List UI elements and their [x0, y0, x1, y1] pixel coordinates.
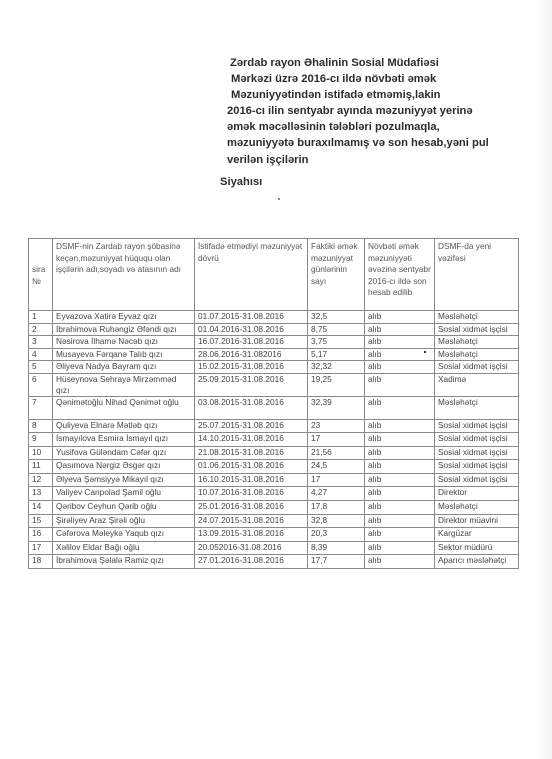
cell-status: alıb: [365, 555, 435, 569]
cell-status: alıb: [365, 419, 435, 433]
cell-name: Nəsirova İlhamə Nəcəb qızı: [53, 336, 195, 349]
cell-days: 19,25: [308, 373, 365, 396]
cell-period: 25.09.2015-31.08.2016: [195, 373, 308, 396]
cell-days: 32,39: [308, 396, 365, 419]
header-days: Faktiki əmək məzuniyyat günlərinin sayı: [308, 239, 365, 311]
cell-days: 32,32: [308, 361, 365, 374]
cell-name: Musayeva Fərqanə Talıb qızı: [53, 348, 195, 361]
cell-status: alıb: [365, 473, 435, 487]
cell-number: 18: [29, 555, 53, 569]
header-number: sira №: [29, 239, 53, 311]
cell-name: Quliyeva Elnarə Mətləb qızı: [53, 419, 195, 433]
cell-days: 8,75: [308, 323, 365, 336]
cell-period: 27.01.2016-31.08.2016: [195, 555, 308, 569]
cell-period: 25.07.2015-31.08.2016: [195, 419, 308, 433]
cell-days: 32,5: [308, 311, 365, 324]
table-row: 6Hüseynova Sehrayə Mirzəmməd qızı25.09.2…: [29, 373, 519, 396]
cell-status: alıb: [365, 323, 435, 336]
cell-status: alıb: [365, 501, 435, 515]
title-line: Zərdab rayon Əhalinin Sosial Müdafiəsi: [227, 55, 527, 71]
cell-name: Valiyev Canpolad Şamil oğlu: [53, 487, 195, 501]
cell-status: alıb: [365, 361, 435, 374]
cell-status: alıb: [365, 446, 435, 460]
table-row: 7Qənimətoğlu Nihad Qənimət oğlu03.08.201…: [29, 396, 519, 419]
cell-period: 13.09.2015-31.08.2016: [195, 528, 308, 542]
table-row: 2İbrahimova Ruhəngiz Əfəndi qızı01.04.20…: [29, 323, 519, 336]
cell-period: 01.06.2015-31.08.2016: [195, 460, 308, 474]
cell-number: 6: [29, 373, 53, 396]
cell-name: Qəribov Ceyhun Qərib oğlu: [53, 501, 195, 515]
title-line: əmək məcəlləsinin tələbləri pozulmaqla,: [227, 119, 527, 135]
cell-name: İbrahimova Şəlalə Ramiz qızı: [53, 555, 195, 569]
header-period: İstifadə etmədiyi məzuniyyət dövrü: [195, 239, 308, 311]
cell-days: 17: [308, 473, 365, 487]
cell-number: 8: [29, 419, 53, 433]
cell-number: 13: [29, 487, 53, 501]
cell-days: 20,3: [308, 528, 365, 542]
cell-name: Şirəliyev Araz Şirəli oğlu: [53, 514, 195, 528]
table-row: 8Quliyeva Elnarə Mətləb qızı25.07.2015-3…: [29, 419, 519, 433]
cell-period: 20.052016-31.08.2016: [195, 541, 308, 555]
cell-period: 28.06.2016-31.082016: [195, 348, 308, 361]
table-row: 18İbrahimova Şəlalə Ramiz qızı27.01.2016…: [29, 555, 519, 569]
cell-name: Əlyeva Şəmsiyyə Mikayıl qızı: [53, 473, 195, 487]
scan-mark: [424, 351, 426, 353]
cell-position: Direktor: [435, 487, 519, 501]
cell-period: 03.08.2015-31.08.2016: [195, 396, 308, 419]
cell-number: 7: [29, 396, 53, 419]
page-edge-shadow: [538, 0, 552, 759]
cell-days: 17,7: [308, 555, 365, 569]
cell-name: İsmayılova Esmira İsmayıl qızı: [53, 433, 195, 447]
cell-position: Sosial xidmət işçisi: [435, 433, 519, 447]
cell-number: 15: [29, 514, 53, 528]
title-line: 2016-cı ilin sentyabr ayında məzuniyyət …: [227, 103, 527, 119]
cell-period: 10.07.2016-31.08.2016: [195, 487, 308, 501]
cell-position: Sosial xidmət işçisi: [435, 473, 519, 487]
cell-status: alıb: [365, 514, 435, 528]
cell-period: 15.02.2015-31.08.2016: [195, 361, 308, 374]
cell-name: Yusifova Güləndam Cəfər qızı: [53, 446, 195, 460]
cell-name: Qasımova Nərgiz Əsgər qızı: [53, 460, 195, 474]
cell-name: Əliyeva Nadya Bayram qızı: [53, 361, 195, 374]
cell-status: alıb: [365, 396, 435, 419]
cell-days: 23: [308, 419, 365, 433]
cell-period: 25.01.2016-31.08.2016: [195, 501, 308, 515]
cell-status: alıb: [365, 460, 435, 474]
cell-status: alıb: [365, 541, 435, 555]
cell-position: Sosial xidmət işçisi: [435, 323, 519, 336]
table-row: 5Əliyeva Nadya Bayram qızı15.02.2015-31.…: [29, 361, 519, 374]
cell-position: Xadimə: [435, 373, 519, 396]
cell-days: 4,27: [308, 487, 365, 501]
cell-position: Sosial xidmət işçisi: [435, 446, 519, 460]
cell-days: 3,75: [308, 336, 365, 349]
table-row: 17Xəlilov Eldar Bağı oğlu20.052016-31.08…: [29, 541, 519, 555]
cell-position: Məsləhətçi: [435, 311, 519, 324]
cell-position: Sosial xidmət işçisi: [435, 419, 519, 433]
cell-number: 12: [29, 473, 53, 487]
cell-position: Aparıcı məsləhətçi: [435, 555, 519, 569]
cell-number: 3: [29, 336, 53, 349]
cell-status: alıb: [365, 336, 435, 349]
cell-position: Kargüzar: [435, 528, 519, 542]
cell-status: alıb: [365, 373, 435, 396]
header-settlement: Növbəti əmək məzuniyyəti əvəzinə sentyab…: [365, 239, 435, 311]
scan-speck: [278, 198, 280, 200]
table-row: 9İsmayılova Esmira İsmayıl qızı14.10.201…: [29, 433, 519, 447]
cell-period: 14.10.2015-31.08.2016: [195, 433, 308, 447]
cell-days: 5,17: [308, 348, 365, 361]
cell-number: 11: [29, 460, 53, 474]
cell-number: 14: [29, 501, 53, 515]
cell-days: 17: [308, 433, 365, 447]
cell-number: 16: [29, 528, 53, 542]
cell-name: Cəfərova Məleykə Yaqub qızı: [53, 528, 195, 542]
cell-position: Məsləhətçi: [435, 336, 519, 349]
cell-days: 17,8: [308, 501, 365, 515]
cell-period: 01.07.2015-31.08.2016: [195, 311, 308, 324]
cell-name: Qənimətoğlu Nihad Qənimət oğlu: [53, 396, 195, 419]
cell-position: Məsləhətçi: [435, 396, 519, 419]
cell-position: Sektor müdürü: [435, 541, 519, 555]
cell-number: 10: [29, 446, 53, 460]
title-line: Məzuniyyətindən istifadə etməmiş,lakin: [227, 87, 527, 103]
cell-days: 24,5: [308, 460, 365, 474]
cell-position: Sosial xidmət işçisi: [435, 361, 519, 374]
table-row: 4Musayeva Fərqanə Talıb qızı28.06.2016-3…: [29, 348, 519, 361]
table-row: 3Nəsirova İlhamə Nəcəb qızı16.07.2016-31…: [29, 336, 519, 349]
cell-name: Xəlilov Eldar Bağı oğlu: [53, 541, 195, 555]
table-row: 14Qəribov Ceyhun Qərib oğlu25.01.2016-31…: [29, 501, 519, 515]
cell-period: 24.07.2015-31.08.2016: [195, 514, 308, 528]
cell-position: Sosial xidmət işçisi: [435, 460, 519, 474]
cell-number: 2: [29, 323, 53, 336]
cell-days: 21,56: [308, 446, 365, 460]
cell-position: Direktor müavini: [435, 514, 519, 528]
employee-table: sira № DSMF-nin Zardab rayon şöbasinə ke…: [28, 238, 519, 569]
cell-position: Məsləhətçi: [435, 348, 519, 361]
title-line: Mərkəzi üzrə 2016-cı ildə növbəti əmək: [227, 71, 527, 87]
cell-period: 16.07.2016-31.08.2016: [195, 336, 308, 349]
cell-number: 5: [29, 361, 53, 374]
cell-status: alıb: [365, 487, 435, 501]
cell-status: alıb: [365, 311, 435, 324]
cell-number: 17: [29, 541, 53, 555]
table-row: 16Cəfərova Məleykə Yaqub qızı13.09.2015-…: [29, 528, 519, 542]
cell-number: 9: [29, 433, 53, 447]
cell-position: Məsləhətçi: [435, 501, 519, 515]
table-row: 12Əlyeva Şəmsiyyə Mikayıl qızı16.10.2015…: [29, 473, 519, 487]
cell-name: Eyvazova Xatirə Eyvaz qızı: [53, 311, 195, 324]
document-title: Zərdab rayon Əhalinin Sosial Müdafiəsi M…: [227, 55, 527, 168]
table-row: 11Qasımova Nərgiz Əsgər qızı01.06.2015-3…: [29, 460, 519, 474]
table-header-row: sira № DSMF-nin Zardab rayon şöbasinə ke…: [29, 239, 519, 311]
table-row: 15Şirəliyev Araz Şirəli oğlu24.07.2015-3…: [29, 514, 519, 528]
table-row: 13Valiyev Canpolad Şamil oğlu10.07.2016-…: [29, 487, 519, 501]
cell-days: 8,39: [308, 541, 365, 555]
title-line: məzuniyyətə buraxılmamış və son hesab,yə…: [227, 135, 527, 151]
cell-days: 32,8: [308, 514, 365, 528]
cell-status: alıb: [365, 433, 435, 447]
cell-number: 4: [29, 348, 53, 361]
table-row: 1Eyvazova Xatirə Eyvaz qızı01.07.2015-31…: [29, 311, 519, 324]
cell-name: Hüseynova Sehrayə Mirzəmməd qızı: [53, 373, 195, 396]
header-new-position: DSMF-da yeni vəzifəsi: [435, 239, 519, 311]
header-name: DSMF-nin Zardab rayon şöbasinə keçən,məz…: [53, 239, 195, 311]
cell-period: 16.10.2015-31.08.2016: [195, 473, 308, 487]
cell-number: 1: [29, 311, 53, 324]
cell-name: İbrahimova Ruhəngiz Əfəndi qızı: [53, 323, 195, 336]
document-subtitle: Siyahısı: [220, 176, 262, 188]
title-line: verilən işçilərin: [227, 152, 527, 168]
cell-period: 21.08.2015-31.08.2016: [195, 446, 308, 460]
cell-status: alıb: [365, 348, 435, 361]
cell-period: 01.04.2016-31.08.2016: [195, 323, 308, 336]
cell-status: alıb: [365, 528, 435, 542]
table-row: 10Yusifova Güləndam Cəfər qızı21.08.2015…: [29, 446, 519, 460]
